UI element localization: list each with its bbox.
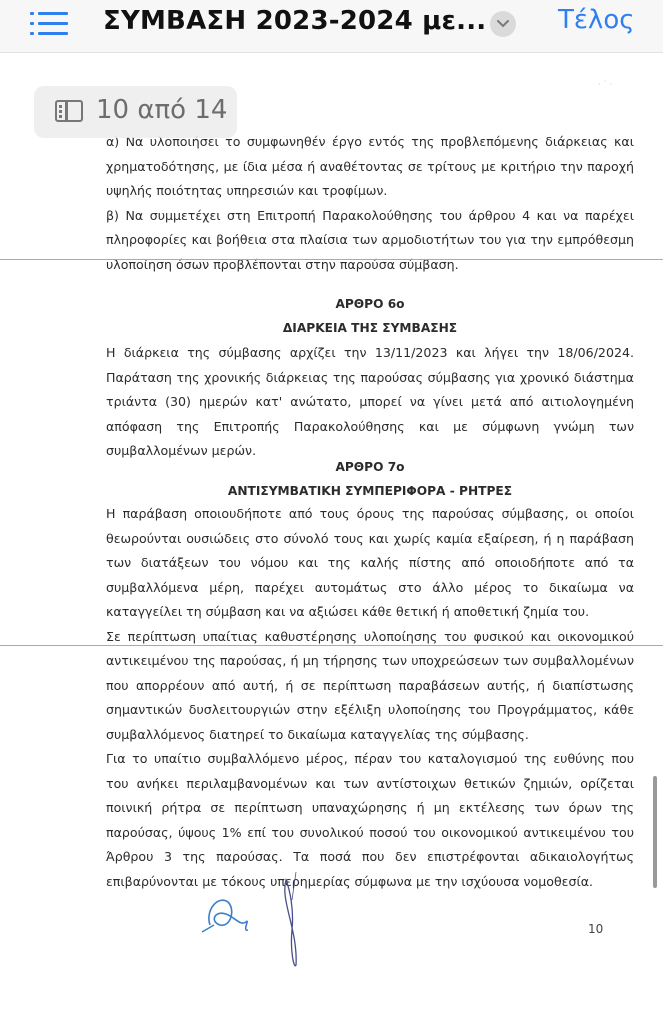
paragraph-text: Η διάρκεια της σύμβασης αρχίζει την 13/1…: [106, 341, 634, 464]
paragraph-text: Η παράβαση οποιουδήποτε από τους όρους τ…: [106, 502, 634, 625]
article-7-number: ΑΡΘΡΟ 7ο: [106, 460, 634, 474]
signature-image: [200, 870, 320, 980]
article-6-body: Η διάρκεια της σύμβασης αρχίζει την 13/1…: [106, 341, 634, 464]
page-separator: [0, 259, 663, 260]
title-dropdown-button[interactable]: [490, 11, 516, 37]
done-button[interactable]: Τέλος: [558, 5, 635, 35]
article-6-number: ΑΡΘΡΟ 6ο: [106, 297, 634, 311]
paragraph-text: Σε περίπτωση υπαίτιας καθυστέρησης υλοπο…: [106, 625, 634, 748]
intro-paragraph-a: α) Να υλοποιήσει το συμφωνηθέν έργο εντό…: [106, 130, 634, 277]
page-indicator-text: 10 από 14: [96, 95, 227, 125]
article-7-body: Η παράβαση οποιουδήποτε από τους όρους τ…: [106, 502, 634, 894]
document-title[interactable]: ΣΥΜΒΑΣΗ 2023-2024 με...: [103, 6, 486, 36]
scrollbar[interactable]: [653, 776, 657, 888]
paragraph-text: α) Να υλοποιήσει το συμφωνηθέν έργο εντό…: [106, 130, 634, 204]
chevron-down-icon: [497, 20, 509, 28]
page-separator: [0, 645, 663, 646]
paragraph-text: β) Να συμμετέχει στη Επιτροπή Παρακολούθ…: [106, 204, 634, 278]
article-6-title: ΔΙΑΡΚΕΙΑ ΤΗΣ ΣΥΜΒΑΣΗΣ: [106, 321, 634, 335]
sidebar-icon: [55, 100, 83, 122]
page-number: 10: [588, 922, 603, 936]
toolbar: ΣΥΜΒΑΣΗ 2023-2024 με... Τέλος: [0, 0, 663, 53]
scan-artifact: · ˙ ·: [598, 80, 612, 89]
page-indicator: 10 από 14: [34, 86, 237, 138]
paragraph-text: Για το υπαίτιο συμβαλλόμενο μέρος, πέραν…: [106, 747, 634, 894]
article-7-title: ΑΝΤΙΣΥΜΒΑΤΙΚΗ ΣΥΜΠΕΡΙΦΟΡΑ - ΡΗΤΡΕΣ: [106, 484, 634, 498]
list-icon[interactable]: [30, 10, 70, 38]
